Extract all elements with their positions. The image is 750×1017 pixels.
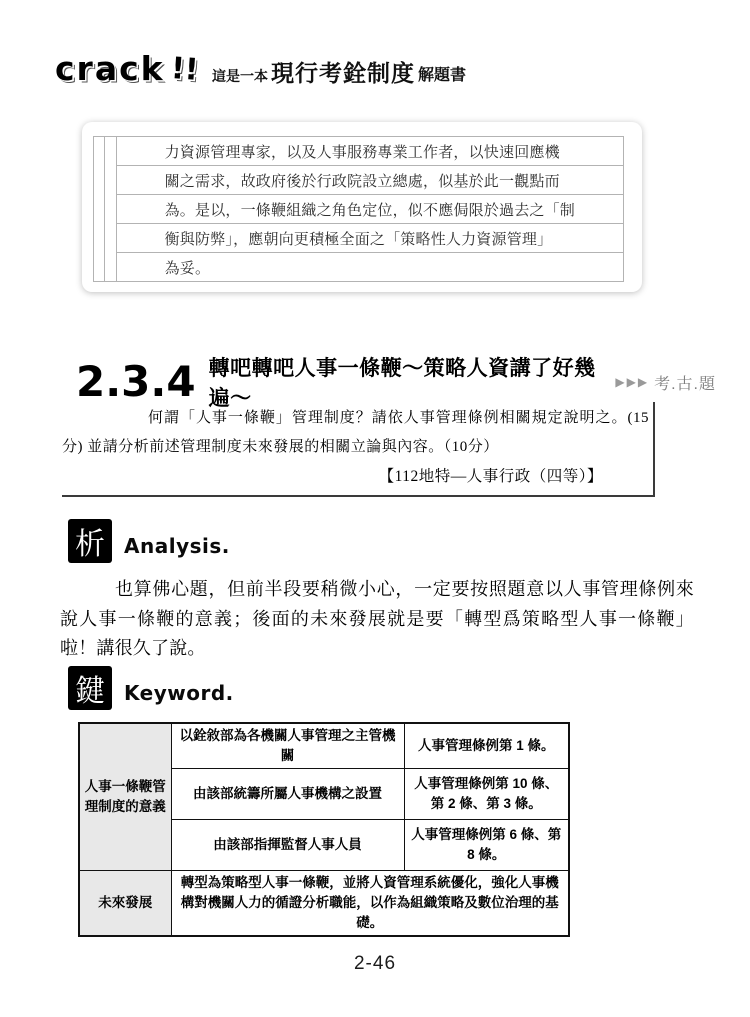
keyword-label: Keyword. (124, 671, 234, 705)
keyword-label-row: 鍵 Keyword. (68, 666, 234, 710)
header-tagline-prefix: 這是一本 (212, 68, 268, 85)
page-number: 2-46 (0, 953, 750, 975)
crack-logo-bangs: !! (170, 54, 199, 86)
page-header: crack !! 這是一本 現行考銓制度 解題書 (55, 52, 466, 85)
table-row: 人事一條鞭管理制度的意義 以銓敘部為各機關人事管理之主管機關 人事管理條例第 1… (79, 723, 569, 769)
keyword-future-cell: 轉型為策略型人事一條鞭，並將人資管理系統優化，強化人事機構對機關人力的循證分析職… (171, 871, 569, 937)
section-tag: ▶▶▶ 考.古.題 (615, 371, 716, 394)
excerpt-line: 力資源管理專家，以及人事服務專業工作者，以快速回應機 (117, 137, 623, 166)
keyword-item-cell: 以銓敘部為各機關人事管理之主管機關 (171, 723, 404, 769)
excerpt-line: 關之需求，故政府後於行政院設立總處，似基於此一觀點而 (117, 166, 623, 195)
crack-logo: crack (55, 52, 165, 85)
question-text: 何謂「人事一條鞭」管理制度？請依人事管理條例相關規定說明之。(15分) 並請分析… (62, 404, 649, 462)
section-number: 2.3.4 (76, 361, 196, 403)
excerpt-empty-column-2 (105, 137, 117, 281)
analysis-label: Analysis. (124, 524, 230, 558)
header-book-title: 現行考銓制度 (271, 62, 415, 85)
analysis-label-row: 析 Analysis. (68, 519, 230, 563)
keyword-group-cell: 人事一條鞭管理制度的意義 (79, 723, 171, 871)
keyword-table: 人事一條鞭管理制度的意義 以銓敘部為各機關人事管理之主管機關 人事管理條例第 1… (78, 722, 570, 937)
table-row: 未來發展 轉型為策略型人事一條鞭，並將人資管理系統優化，強化人事機構對機關人力的… (79, 871, 569, 937)
excerpt-empty-column-1 (94, 137, 105, 281)
keyword-item-cell: 由該部指揮監督人事人員 (171, 820, 404, 871)
excerpt-line: 為。是以，一條鞭組織之角色定位，似不應侷限於過去之「制 (117, 195, 623, 224)
keyword-ref-cell: 人事管理條例第 10 條、第 2 條、第 3 條。 (404, 769, 569, 820)
excerpt-table-fragment: 力資源管理專家，以及人事服務專業工作者，以快速回應機 關之需求，故政府後於行政院… (93, 136, 624, 282)
analysis-paragraph: 也算佛心題，但前半段要稍微小心，一定要按照題意以人事管理條例來說人事一條鞭的意義… (60, 575, 694, 664)
exam-archive-tag: 考.古.題 (654, 371, 716, 394)
header-tagline-suffix: 解題書 (418, 67, 466, 85)
keyword-badge-icon: 鍵 (68, 666, 112, 710)
excerpt-text-column: 力資源管理專家，以及人事服務專業工作者，以快速回應機 關之需求，故政府後於行政院… (117, 137, 623, 281)
keyword-ref-cell: 人事管理條例第 1 條。 (404, 723, 569, 769)
keyword-item-cell: 由該部統籌所屬人事機構之設置 (171, 769, 404, 820)
triple-arrow-icon: ▶▶▶ (615, 375, 649, 389)
excerpt-card: 力資源管理專家，以及人事服務專業工作者，以快速回應機 關之需求，故政府後於行政院… (82, 122, 642, 292)
question-source: 【112地特—人事行政（四等）】 (62, 462, 649, 491)
keyword-group-cell: 未來發展 (79, 871, 171, 937)
excerpt-line: 衡與防弊」，應朝向更積極全面之「策略性人力資源管理」 (117, 224, 623, 253)
analysis-badge-icon: 析 (68, 519, 112, 563)
keyword-ref-cell: 人事管理條例第 6 條、第 8 條。 (404, 820, 569, 871)
question-block: 何謂「人事一條鞭」管理制度？請依人事管理條例相關規定說明之。(15分) 並請分析… (62, 402, 655, 497)
book-page: crack !! 這是一本 現行考銓制度 解題書 力資源管理專家，以及人事服務專… (0, 0, 750, 1017)
excerpt-line: 為妥。 (117, 253, 623, 281)
